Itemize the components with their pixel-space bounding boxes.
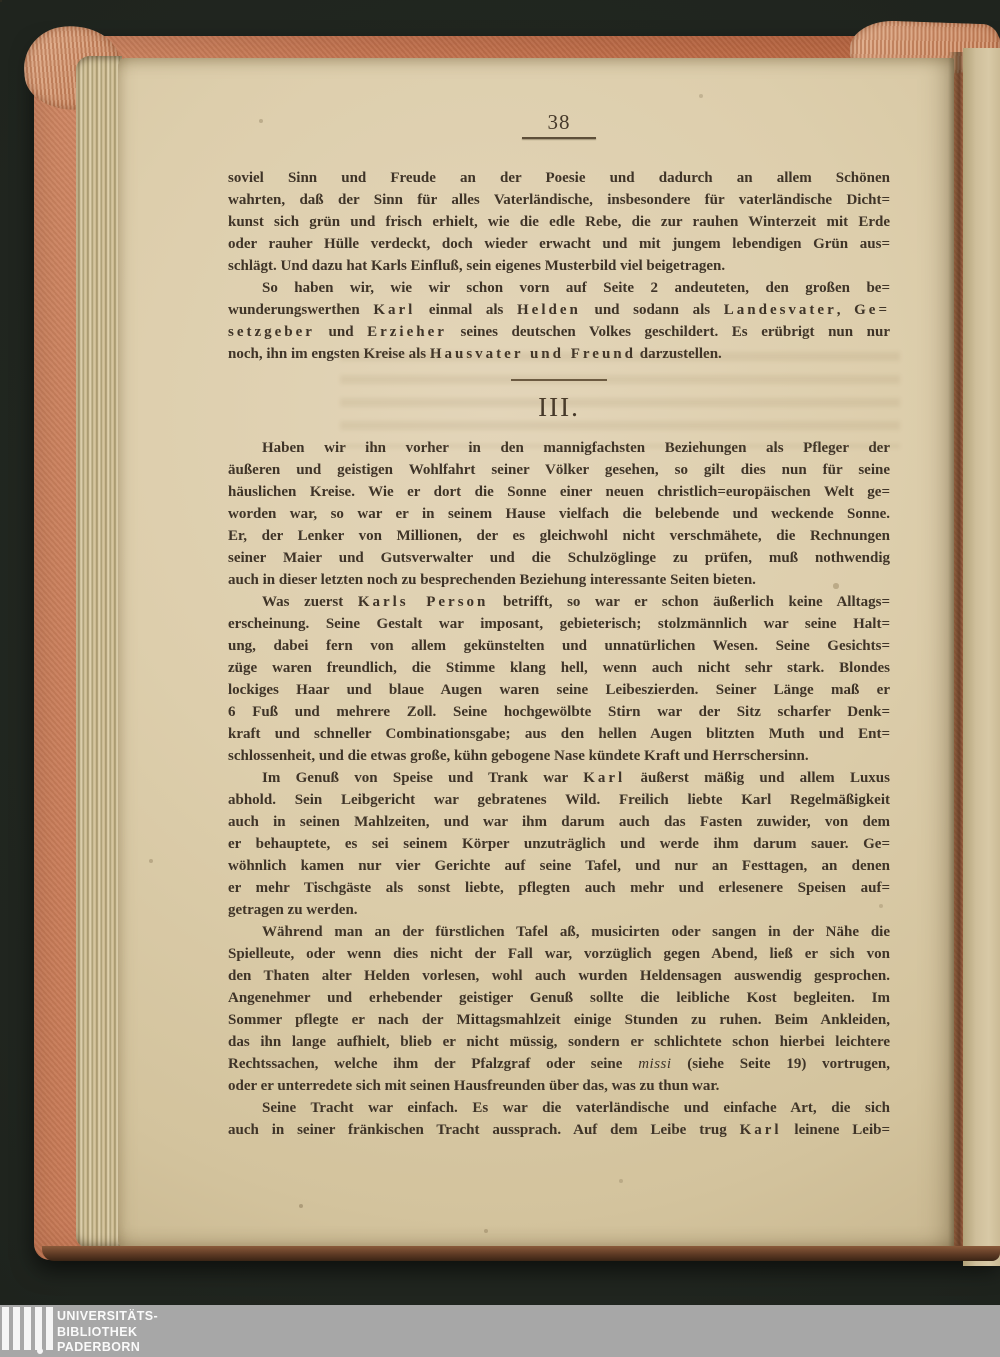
text-line: auch in dieser letzten noch zu bespreche… — [228, 569, 890, 591]
text-line: soviel Sinn und Freude an der Poesie und… — [228, 167, 890, 189]
text-segment: Was zuerst — [262, 594, 358, 610]
library-logo-icon — [2, 1307, 53, 1350]
library-name-line2: BIBLIOTHEK — [57, 1325, 158, 1341]
text-segment: Im Genuß von Speise und Trank war — [262, 770, 583, 786]
text-line: wahrten, daß der Sinn für alles Vaterlän… — [228, 189, 890, 211]
text-line: getragen zu werden. — [228, 899, 890, 921]
text-segment: und — [315, 324, 367, 340]
text-segment: 6 Fuß und mehrere Zoll. Seine hochgewölb… — [228, 704, 890, 720]
text-segment: auch in seinen Mahlzeiten, und war ihm d… — [228, 814, 890, 830]
page-number-rule — [522, 137, 596, 139]
text-segment: Während man an der fürstlichen Tafel aß,… — [262, 924, 890, 940]
page-edge-stack — [76, 56, 122, 1248]
text-line: äußeren und geistigen Wohlfahrt seiner V… — [228, 459, 890, 481]
text-line: er mehr Tischgäste als sonst liebte, pfl… — [228, 877, 890, 899]
text-line: Angenehmer und erhebender geistiger Genu… — [228, 987, 890, 1009]
text-line: seiner Maier und Gutsverwalter und die S… — [228, 547, 890, 569]
library-name-line1: UNIVERSITÄTS- — [57, 1309, 158, 1325]
text-segment: worden war, so war er in seinem Hause vi… — [228, 506, 890, 522]
page-text: soviel Sinn und Freude an der Poesie und… — [228, 167, 890, 1141]
letterspaced-emphasis: Helden — [517, 302, 581, 318]
paragraph: Seine Tracht war einfach. Es war die vat… — [228, 1097, 890, 1141]
text-segment: auch in seiner fränkischen Tracht ausspr… — [228, 1122, 740, 1138]
text-line: er behauptete, es sei seinem Körper unzu… — [228, 833, 890, 855]
text-segment: wahrten, daß der Sinn für alles Vaterlän… — [228, 192, 890, 208]
adjacent-page-edge — [963, 48, 1000, 1266]
text-line: lockiges Haar und blaue Augen waren sein… — [228, 679, 890, 701]
text-segment: (siehe Seite 19) vortrugen, — [672, 1056, 890, 1072]
text-segment: Rechtssachen, welche ihm der Pfalzgraf o… — [228, 1056, 638, 1072]
text-segment: leinene Leib= — [782, 1122, 890, 1138]
paragraph: So haben wir, wie wir schon vorn auf Sei… — [228, 277, 890, 365]
paragraph: soviel Sinn und Freude an der Poesie und… — [228, 167, 890, 277]
text-line: kunst sich grün und frisch erhielt, wie … — [228, 211, 890, 233]
text-segment: züge waren freundlich, die Stimme klang … — [228, 660, 890, 676]
letterspaced-emphasis: Karl — [740, 1122, 782, 1138]
text-segment: schlägt. Und dazu hat Karls Einfluß, sei… — [228, 258, 725, 274]
text-segment: Haben wir ihn vorher in den mannigfachst… — [262, 440, 890, 456]
text-segment: äußeren und geistigen Wohlfahrt seiner V… — [228, 462, 890, 478]
text-segment: , — [837, 302, 854, 318]
text-line: So haben wir, wie wir schon vorn auf Sei… — [228, 277, 890, 299]
text-line: Sommer pflegte er nach der Mittagsmahlze… — [228, 1009, 890, 1031]
text-line: abhold. Sein Leibgericht war gebratenes … — [228, 789, 890, 811]
text-line: das ihn lange aufhielt, blieb er nicht m… — [228, 1031, 890, 1053]
text-line: auch in seinen Mahlzeiten, und war ihm d… — [228, 811, 890, 833]
text-segment: häuslichen Kreise. Wie er dort die Sonne… — [228, 484, 890, 500]
text-segment: wöhnlich kamen nur vier Gerichte auf sei… — [228, 858, 890, 874]
text-segment: So haben wir, wie wir schon vorn auf Sei… — [262, 280, 890, 296]
text-line: worden war, so war er in seinem Hause vi… — [228, 503, 890, 525]
text-segment: Sommer pflegte er nach der Mittagsmahlze… — [228, 1012, 890, 1028]
text-line: schlossenheit, und die etwas große, kühn… — [228, 745, 890, 767]
text-line: kraft und schneller Combinationsgabe; au… — [228, 723, 890, 745]
paragraph: Während man an der fürstlichen Tafel aß,… — [228, 921, 890, 1097]
letterspaced-emphasis: Hausvater und Freund — [430, 346, 636, 362]
text-segment: Spielleute, oder wenn dies nicht der Fal… — [228, 946, 890, 962]
paragraph: Im Genuß von Speise und Trank war Karl ä… — [228, 767, 890, 921]
scan-background: 38 soviel Sinn und Freude an der Poesie … — [0, 0, 1000, 1357]
text-segment: Seine Tracht war einfach. Es war die vat… — [262, 1100, 890, 1116]
library-logo-text: UNIVERSITÄTS- BIBLIOTHEK PADERBORN — [57, 1309, 158, 1356]
text-line: oder rauher Hülle verdeckt, doch wieder … — [228, 233, 890, 255]
text-segment: einmal als — [415, 302, 517, 318]
book-bottom-edge — [42, 1246, 1000, 1261]
text-segment: getragen zu werden. — [228, 902, 358, 918]
text-line: erscheinung. Seine Gestalt war imposant,… — [228, 613, 890, 635]
text-segment: noch, ihn im engsten Kreise als — [228, 346, 430, 362]
text-line: Während man an der fürstlichen Tafel aß,… — [228, 921, 890, 943]
text-line: noch, ihn im engsten Kreise als Hausvate… — [228, 343, 890, 365]
text-line: häuslichen Kreise. Wie er dort die Sonne… — [228, 481, 890, 503]
text-segment: schlossenheit, und die etwas große, kühn… — [228, 748, 809, 764]
book-page: 38 soviel Sinn und Freude an der Poesie … — [118, 58, 954, 1250]
text-segment: oder er unterredete sich mit seinen Haus… — [228, 1078, 719, 1094]
paragraph: Was zuerst Karls Person betrifft, so war… — [228, 591, 890, 767]
section-heading: III. — [228, 387, 890, 427]
letterspaced-emphasis: Erzieher — [367, 324, 447, 340]
text-segment: er mehr Tischgäste als sonst liebte, pfl… — [228, 880, 890, 896]
text-segment: wunderungswerthen — [228, 302, 373, 318]
letterspaced-emphasis: Ge= — [854, 302, 890, 318]
text-line: auch in seiner fränkischen Tracht ausspr… — [228, 1119, 890, 1141]
text-line: Im Genuß von Speise und Trank war Karl ä… — [228, 767, 890, 789]
paper-specks — [0, 0, 2, 2]
text-line: schlägt. Und dazu hat Karls Einfluß, sei… — [228, 255, 890, 277]
text-line: Seine Tracht war einfach. Es war die vat… — [228, 1097, 890, 1119]
paragraph: Haben wir ihn vorher in den mannigfachst… — [228, 437, 890, 591]
text-segment: erscheinung. Seine Gestalt war imposant,… — [228, 616, 890, 632]
library-name-line3: PADERBORN — [57, 1340, 158, 1356]
text-segment: abhold. Sein Leibgericht war gebratenes … — [228, 792, 890, 808]
text-segment: seiner Maier und Gutsverwalter und die S… — [228, 550, 890, 566]
text-segment: oder rauher Hülle verdeckt, doch wieder … — [228, 236, 890, 252]
section-divider-rule — [511, 379, 607, 381]
text-segment: äußerst mäßig und allem Luxus — [625, 770, 890, 786]
text-segment: seines deutschen Volkes geschildert. Es … — [447, 324, 890, 340]
text-line: setzgeber und Erzieher seines deutschen … — [228, 321, 890, 343]
text-segment: er behauptete, es sei seinem Körper unzu… — [228, 836, 890, 852]
letterspaced-emphasis: setzgeber — [228, 324, 315, 340]
text-line: wöhnlich kamen nur vier Gerichte auf sei… — [228, 855, 890, 877]
text-segment: und sodann als — [581, 302, 724, 318]
text-line: züge waren freundlich, die Stimme klang … — [228, 657, 890, 679]
text-line: Er, der Lenker von Millionen, der es gle… — [228, 525, 890, 547]
text-segment: kunst sich grün und frisch erhielt, wie … — [228, 214, 890, 230]
text-segment: betrifft, so war er schon äußerlich kein… — [488, 594, 890, 610]
letterspaced-emphasis: Karl — [373, 302, 415, 318]
text-segment: den Thaten alter Helden vorlesen, wohl a… — [228, 968, 890, 984]
text-line: Haben wir ihn vorher in den mannigfachst… — [228, 437, 890, 459]
text-segment: lockiges Haar und blaue Augen waren sein… — [228, 682, 890, 698]
latin-term: missi — [638, 1056, 671, 1072]
text-segment: das ihn lange aufhielt, blieb er nicht m… — [228, 1034, 890, 1050]
text-line: oder er unterredete sich mit seinen Haus… — [228, 1075, 890, 1097]
text-segment: Angenehmer und erhebender geistiger Genu… — [228, 990, 890, 1006]
text-line: den Thaten alter Helden vorlesen, wohl a… — [228, 965, 890, 987]
text-line: Was zuerst Karls Person betrifft, so war… — [228, 591, 890, 613]
letterspaced-emphasis: Karl — [583, 770, 625, 786]
page-gutter-shadow — [948, 52, 964, 1256]
text-line: 6 Fuß und mehrere Zoll. Seine hochgewölb… — [228, 701, 890, 723]
text-line: ung, dabei fern von allem gekünstelten u… — [228, 635, 890, 657]
text-segment: soviel Sinn und Freude an der Poesie und… — [228, 170, 890, 186]
text-segment: darzustellen. — [636, 346, 722, 362]
letterspaced-emphasis: Landesvater — [724, 302, 837, 318]
text-line: wunderungswerthen Karl einmal als Helden… — [228, 299, 890, 321]
text-segment: kraft und schneller Combinationsgabe; au… — [228, 726, 890, 742]
page-number: 38 — [228, 110, 890, 134]
text-segment: Er, der Lenker von Millionen, der es gle… — [228, 528, 890, 544]
printed-text-area: 38 soviel Sinn und Freude an der Poesie … — [228, 110, 890, 1141]
text-segment: ung, dabei fern von allem gekünstelten u… — [228, 638, 890, 654]
text-line: Rechtssachen, welche ihm der Pfalzgraf o… — [228, 1053, 890, 1075]
text-segment: auch in dieser letzten noch zu bespreche… — [228, 572, 756, 588]
letterspaced-emphasis: Karls Person — [358, 594, 489, 610]
text-line: Spielleute, oder wenn dies nicht der Fal… — [228, 943, 890, 965]
library-logo-dot-icon — [37, 1348, 43, 1354]
